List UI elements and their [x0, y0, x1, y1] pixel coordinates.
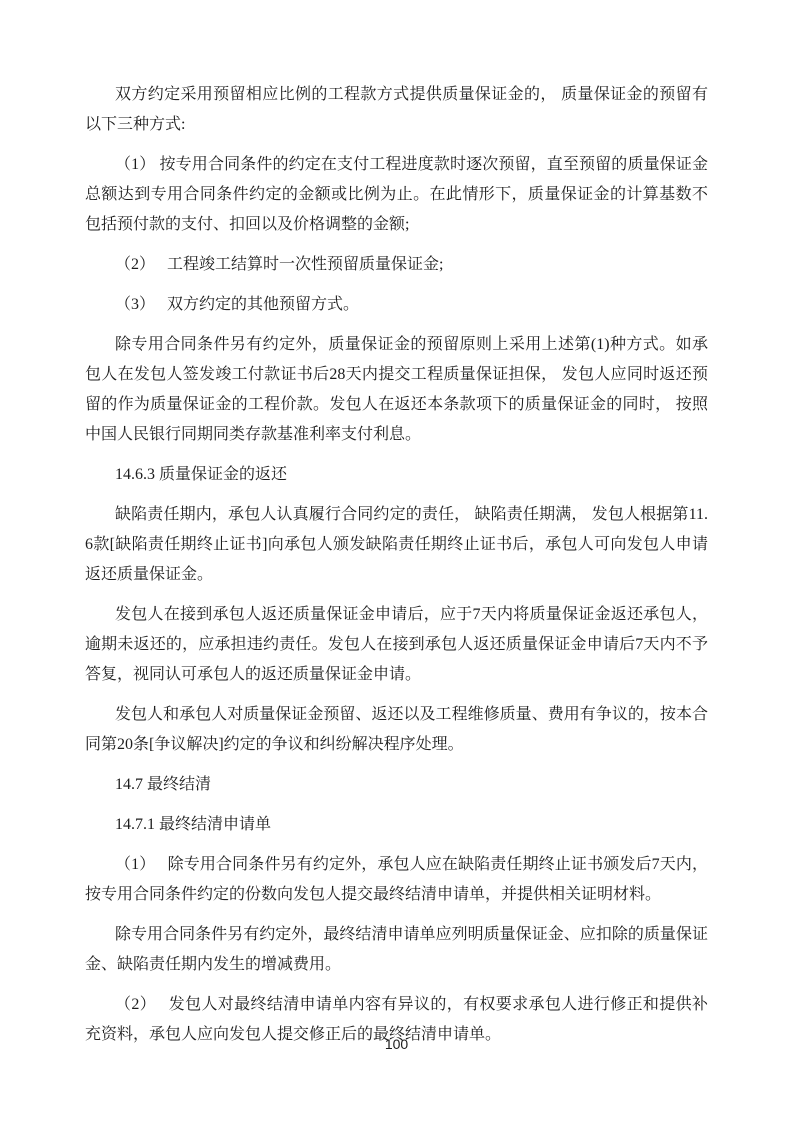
section-heading-14-6-3: 14.6.3 质量保证金的返还	[85, 460, 708, 490]
list-item-2-retention-method: （2） 工程竣工结算时一次性预留质量保证金;	[85, 250, 708, 280]
paragraph-final-settlement-contents: 除专用合同条件另有约定外，最终结清申请单应列明质量保证金、应扣除的质量保证金、缺…	[85, 920, 708, 980]
list-item-3-retention-method: （3） 双方约定的其他预留方式。	[85, 290, 708, 320]
paragraph-dispute-resolution: 发包人和承包人对质量保证金预留、返还以及工程维修质量、费用有争议的，按本合同第2…	[85, 700, 708, 760]
list-item-1-retention-method: （1） 按专用合同条件的约定在支付工程进度款时逐次预留，直至预留的质量保证金总额…	[85, 150, 708, 240]
paragraph-defect-liability-return: 缺陷责任期内，承包人认真履行合同约定的责任， 缺陷责任期满， 发包人根据第11.…	[85, 500, 708, 590]
list-item-1-final-settlement: （1） 除专用合同条件另有约定外，承包人应在缺陷责任期终止证书颁发后7天内，按专…	[85, 850, 708, 910]
paragraph-return-within-7-days: 发包人在接到承包人返还质量保证金申请后，应于7天内将质量保证金返还承包人，逾期未…	[85, 600, 708, 690]
document-page: 双方约定采用预留相应比例的工程款方式提供质量保证金的， 质量保证金的预留有以下三…	[0, 0, 793, 1122]
section-heading-14-7-1: 14.7.1 最终结清申请单	[85, 810, 708, 840]
paragraph-retention-default-rule: 除专用合同条件另有约定外，质量保证金的预留原则上采用上述第(1)种方式。如承包人…	[85, 330, 708, 450]
paragraph-retention-intro: 双方约定采用预留相应比例的工程款方式提供质量保证金的， 质量保证金的预留有以下三…	[85, 80, 708, 140]
document-content: 双方约定采用预留相应比例的工程款方式提供质量保证金的， 质量保证金的预留有以下三…	[85, 80, 708, 1060]
section-heading-14-7: 14.7 最终结清	[85, 770, 708, 800]
page-number: 100	[0, 1036, 793, 1052]
